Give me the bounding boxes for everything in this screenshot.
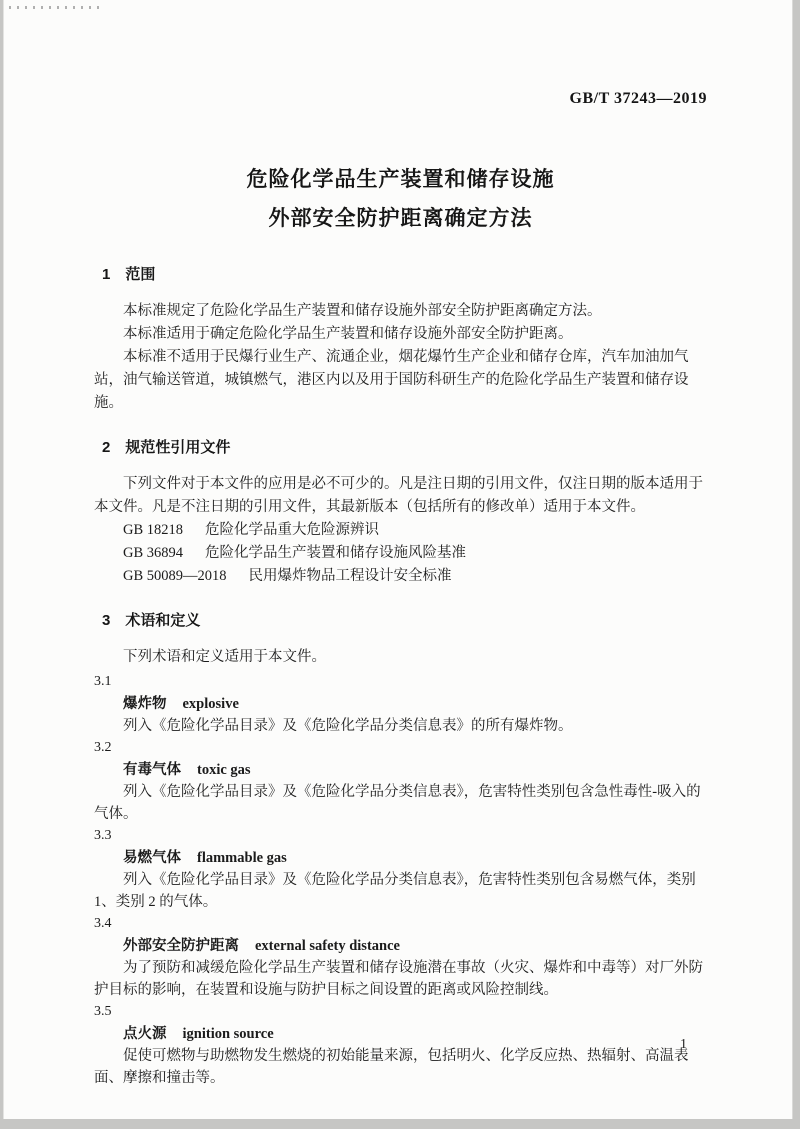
scope-paragraph-1: 本标准规定了危险化学品生产装置和储存设施外部安全防护距离确定方法。: [94, 300, 707, 323]
term-name-en: toxic gas: [197, 762, 251, 778]
term-number: 3.3: [94, 825, 707, 847]
section-scope-body: 本标准规定了危险化学品生产装置和储存设施外部安全防护距离确定方法。 本标准适用于…: [94, 300, 707, 415]
section-terms-body: 下列术语和定义适用于本文件。 3.1 爆炸物explosive 列入《危险化学品…: [94, 646, 707, 1089]
document-title: 危险化学品生产装置和储存设施 外部安全防护距离确定方法: [94, 160, 707, 238]
term-name-en: flammable gas: [197, 850, 287, 866]
term-item-ignition-source: 3.5 点火源ignition source 促使可燃物与助燃物发生燃烧的初始能…: [94, 1001, 707, 1089]
section-scope-label: 范围: [125, 266, 155, 283]
section-terms-number: 3: [102, 612, 110, 629]
term-name: 易燃气体flammable gas: [94, 847, 707, 869]
reference-title: 危险化学品生产装置和储存设施风险基准: [205, 545, 466, 561]
term-name: 有毒气体toxic gas: [94, 759, 707, 781]
reference-title: 民用爆炸物品工程设计安全标准: [249, 568, 452, 584]
standard-number: GB/T 37243—2019: [94, 90, 707, 108]
term-name-en: external safety distance: [255, 938, 400, 954]
term-item-external-safety-distance: 3.4 外部安全防护距离external safety distance 为了预…: [94, 913, 707, 1001]
section-references-heading: 2规范性引用文件: [94, 439, 707, 456]
term-name-en: ignition source: [183, 1026, 274, 1042]
term-item-toxic-gas: 3.2 有毒气体toxic gas 列入《危险化学品目录》及《危险化学品分类信息…: [94, 737, 707, 825]
section-scope-number: 1: [102, 266, 110, 283]
references-intro: 下列文件对于本文件的应用是必不可少的。凡是注日期的引用文件，仅注日期的版本适用于…: [94, 473, 707, 519]
scope-paragraph-3: 本标准不适用于民爆行业生产、流通企业，烟花爆竹生产企业和储存仓库，汽车加油加气站…: [94, 346, 707, 415]
title-line-2: 外部安全防护距离确定方法: [94, 199, 707, 238]
document-page: GB/T 37243—2019 危险化学品生产装置和储存设施 外部安全防护距离确…: [3, 0, 793, 1119]
page-number: 1: [680, 1037, 687, 1053]
title-line-1: 危险化学品生产装置和储存设施: [94, 160, 707, 199]
term-definition: 列入《危险化学品目录》及《危险化学品分类信息表》，危害特性类别包含易燃气体，类别…: [94, 869, 707, 913]
term-definition: 促使可燃物与助燃物发生燃烧的初始能量来源，包括明火、化学反应热、热辐射、高温表面…: [94, 1045, 707, 1089]
term-name-zh: 点火源: [123, 1026, 167, 1042]
reference-code: GB 50089—2018: [123, 568, 227, 584]
reference-code: GB 36894: [123, 545, 183, 561]
reference-item: GB 50089—2018民用爆炸物品工程设计安全标准: [94, 565, 707, 588]
term-definition: 列入《危险化学品目录》及《危险化学品分类信息表》的所有爆炸物。: [94, 715, 707, 737]
section-references-label: 规范性引用文件: [125, 439, 230, 456]
section-terms-label: 术语和定义: [125, 612, 200, 629]
reference-code: GB 18218: [123, 522, 183, 538]
section-references-number: 2: [102, 439, 110, 456]
term-name-zh: 有毒气体: [123, 762, 181, 778]
terms-list: 3.1 爆炸物explosive 列入《危险化学品目录》及《危险化学品分类信息表…: [94, 671, 707, 1089]
term-definition: 为了预防和减缓危险化学品生产装置和储存设施潜在事故（火灾、爆炸和中毒等）对厂外防…: [94, 957, 707, 1001]
term-item-explosive: 3.1 爆炸物explosive 列入《危险化学品目录》及《危险化学品分类信息表…: [94, 671, 707, 737]
page-content: GB/T 37243—2019 危险化学品生产装置和储存设施 外部安全防护距离确…: [94, 0, 707, 1089]
term-name: 点火源ignition source: [94, 1023, 707, 1045]
term-number: 3.5: [94, 1001, 707, 1023]
term-number: 3.1: [94, 671, 707, 693]
term-name-en: explosive: [183, 696, 239, 712]
term-name: 外部安全防护距离external safety distance: [94, 935, 707, 957]
reference-item: GB 18218危险化学品重大危险源辨识: [94, 519, 707, 542]
term-name-zh: 外部安全防护距离: [123, 938, 239, 954]
term-number: 3.4: [94, 913, 707, 935]
section-terms-heading: 3术语和定义: [94, 612, 707, 629]
term-number: 3.2: [94, 737, 707, 759]
reference-item: GB 36894危险化学品生产装置和储存设施风险基准: [94, 542, 707, 565]
scope-paragraph-2: 本标准适用于确定危险化学品生产装置和储存设施外部安全防护距离。: [94, 323, 707, 346]
section-scope-heading: 1范围: [94, 266, 707, 283]
section-references-body: 下列文件对于本文件的应用是必不可少的。凡是注日期的引用文件，仅注日期的版本适用于…: [94, 473, 707, 588]
term-name-zh: 爆炸物: [123, 696, 167, 712]
term-name-zh: 易燃气体: [123, 850, 181, 866]
term-item-flammable-gas: 3.3 易燃气体flammable gas 列入《危险化学品目录》及《危险化学品…: [94, 825, 707, 913]
terms-intro: 下列术语和定义适用于本文件。: [94, 646, 707, 669]
scan-artifact-dots: [9, 6, 101, 9]
term-name: 爆炸物explosive: [94, 693, 707, 715]
term-definition: 列入《危险化学品目录》及《危险化学品分类信息表》，危害特性类别包含急性毒性-吸入…: [94, 781, 707, 825]
reference-title: 危险化学品重大危险源辨识: [205, 522, 379, 538]
